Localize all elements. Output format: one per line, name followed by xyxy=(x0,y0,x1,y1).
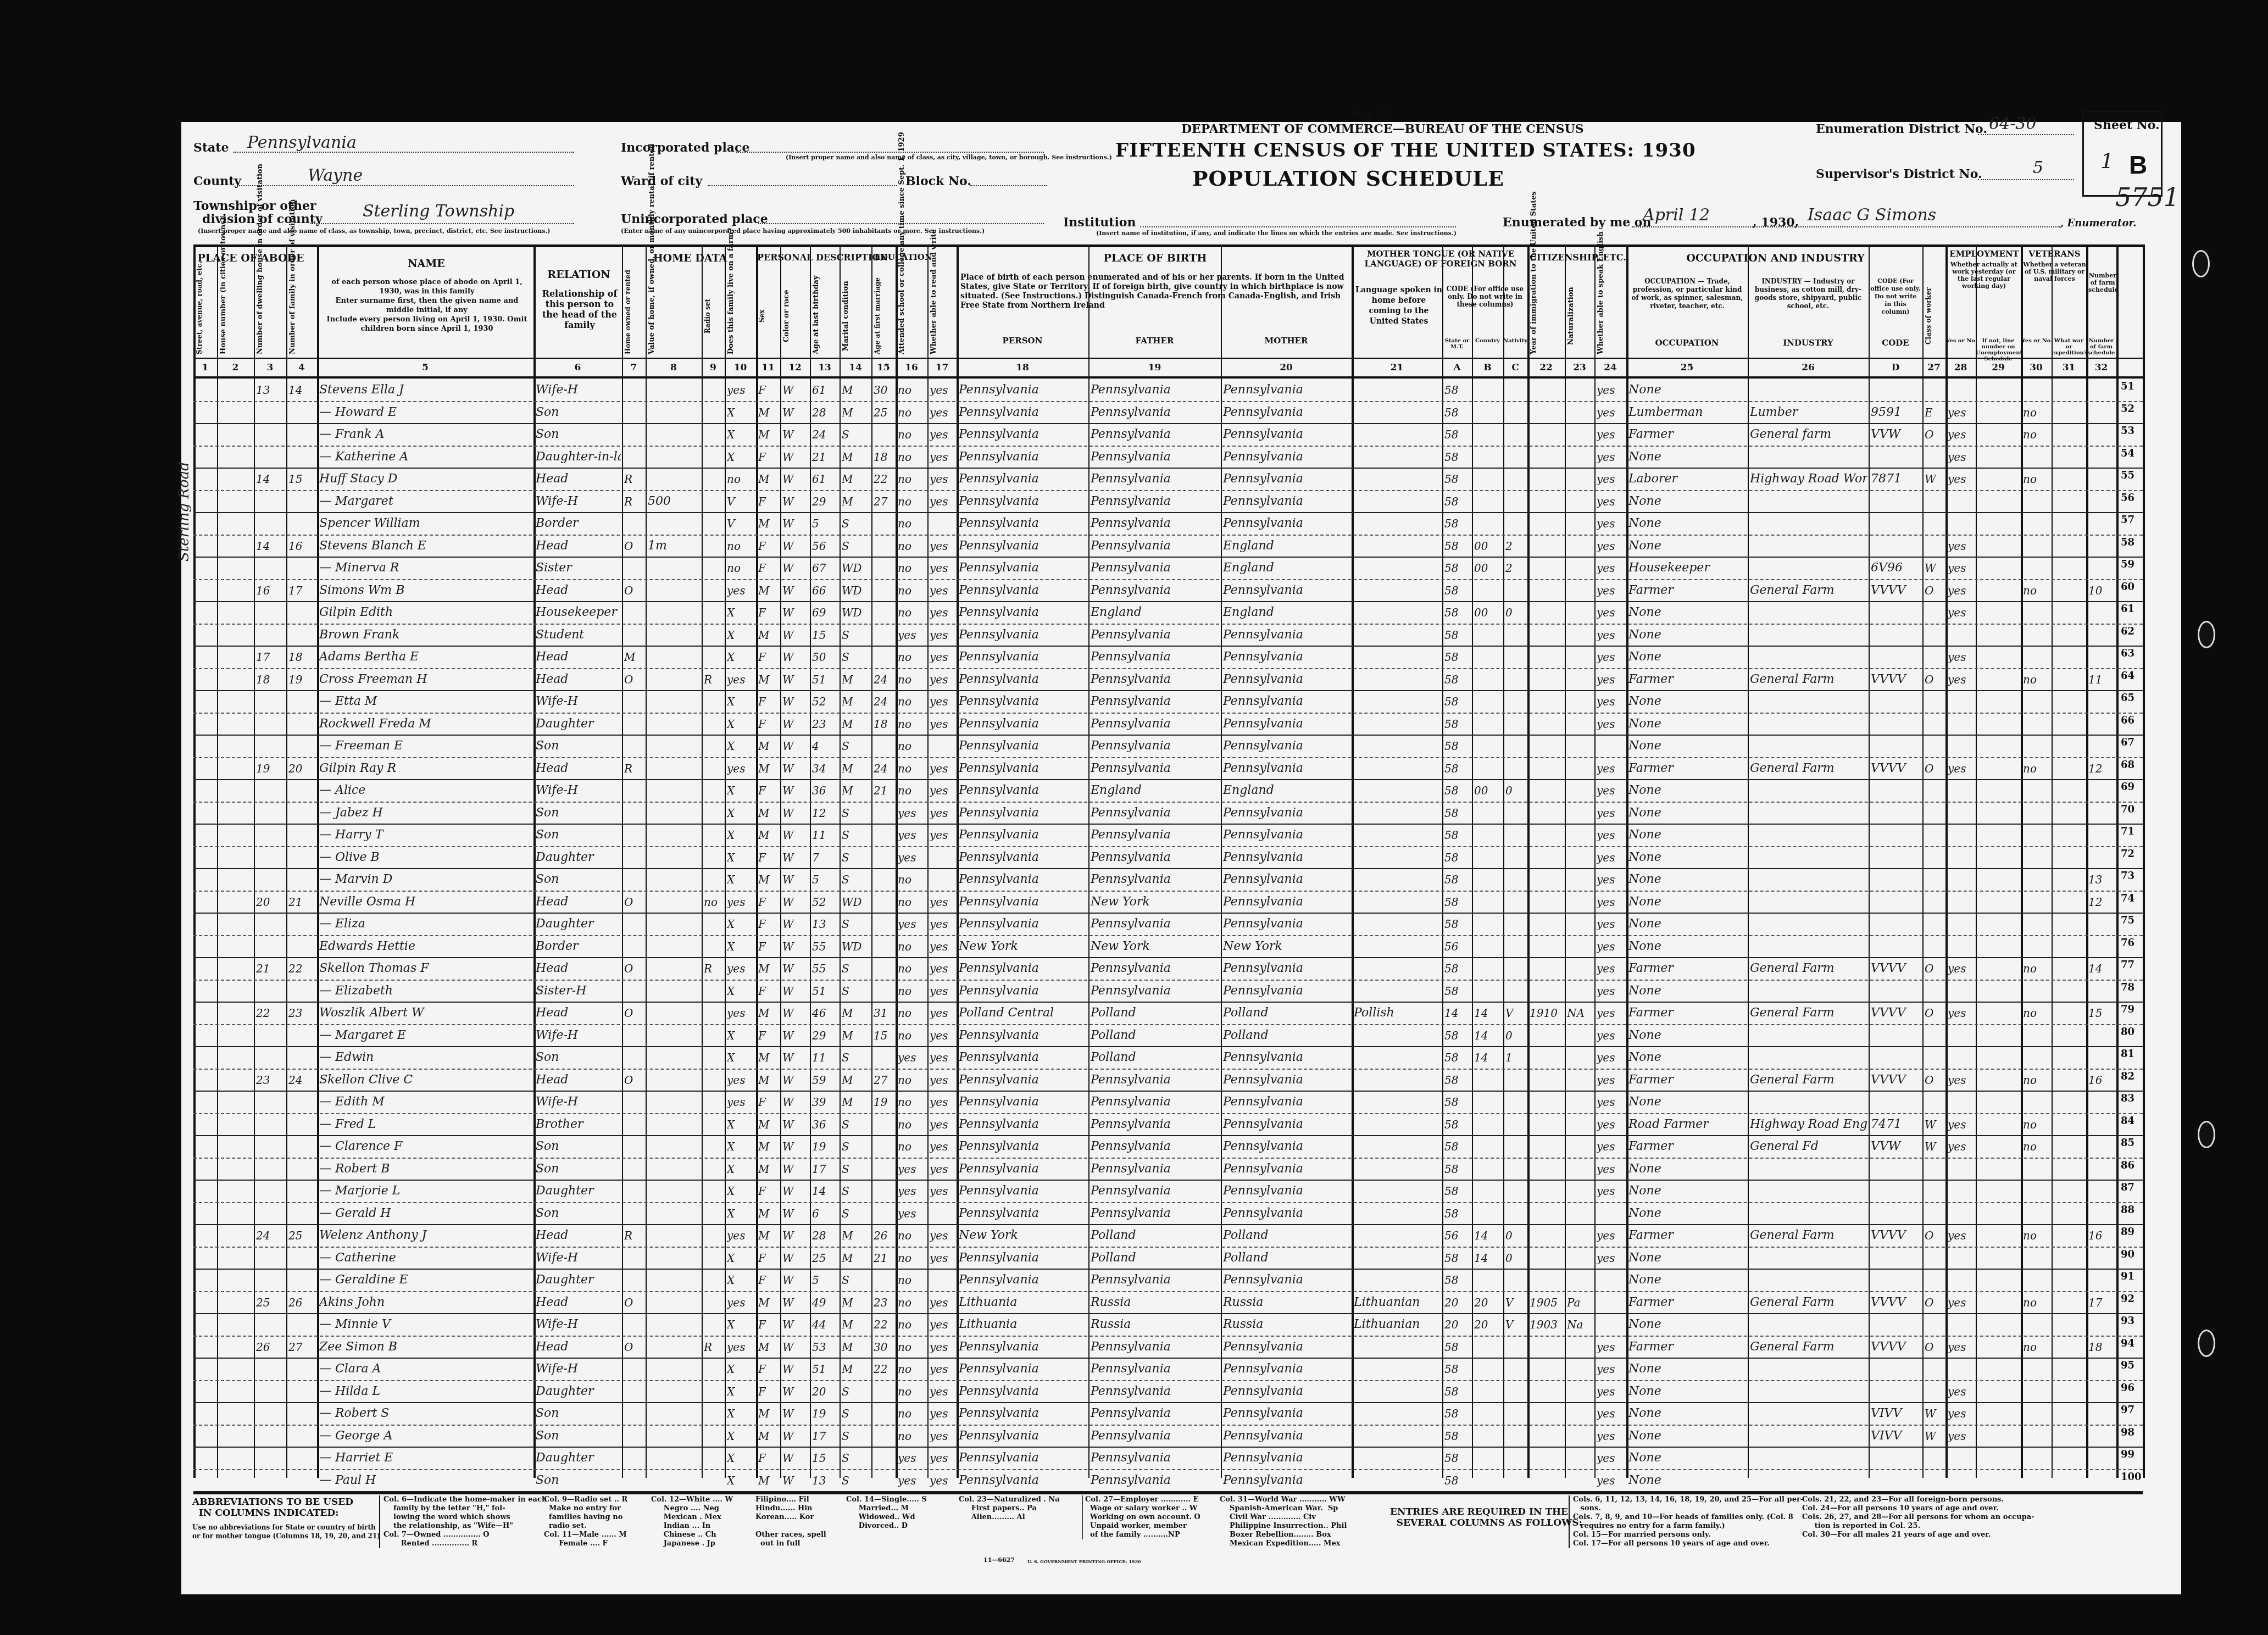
cell-lang[interactable] xyxy=(1354,937,1441,956)
cell-natur[interactable] xyxy=(1567,448,1593,466)
cell-farm-sched[interactable] xyxy=(2088,559,2115,577)
cell-relation[interactable]: Wife-H xyxy=(536,492,621,511)
cell-read[interactable]: yes xyxy=(930,1471,955,1490)
cell-read[interactable]: yes xyxy=(930,537,955,555)
cell-unemp[interactable] xyxy=(1978,1249,2020,1267)
cell-marital[interactable]: S xyxy=(842,915,870,933)
cell-family[interactable] xyxy=(288,737,316,755)
cell-radio[interactable] xyxy=(704,1004,724,1022)
cell-code-d[interactable]: VVVV xyxy=(1871,1071,1921,1089)
cell-war[interactable] xyxy=(2054,1293,2085,1312)
cell-code-b[interactable]: 14 xyxy=(1474,1026,1502,1045)
cell-name[interactable]: — Robert B xyxy=(319,1160,532,1178)
cell-farm[interactable]: X xyxy=(727,1360,755,1378)
cell-school[interactable]: no xyxy=(898,1382,926,1401)
cell-marital[interactable]: M xyxy=(842,448,870,466)
cell-family[interactable]: 21 xyxy=(288,893,316,911)
cell-farm[interactable]: yes xyxy=(727,381,755,399)
cell-age[interactable]: 52 xyxy=(812,893,838,911)
cell-birth-mother[interactable]: Pennsylvania xyxy=(1223,1271,1350,1289)
cell-birth-father[interactable]: Pennsylvania xyxy=(1091,1449,1220,1467)
cell-family[interactable] xyxy=(288,1271,316,1289)
cell-school[interactable]: no xyxy=(898,381,926,399)
cell-birth-mother[interactable]: Pennsylvania xyxy=(1223,403,1350,422)
cell-occupation[interactable]: Farmer xyxy=(1628,425,1747,444)
cell-family[interactable] xyxy=(288,781,316,800)
incorporated-line[interactable] xyxy=(736,152,1044,153)
cell-race[interactable]: W xyxy=(782,1471,809,1490)
cell-age[interactable]: 36 xyxy=(812,781,838,800)
cell-farm[interactable]: X xyxy=(727,425,755,444)
cell-lang[interactable] xyxy=(1354,737,1441,755)
cell-sex[interactable]: F xyxy=(758,1315,779,1334)
cell-age-marr[interactable]: 31 xyxy=(874,1004,894,1022)
cell-family[interactable]: 22 xyxy=(288,959,316,978)
cell-war[interactable] xyxy=(2054,759,2085,778)
cell-sex[interactable]: F xyxy=(758,1271,779,1289)
cell-family[interactable] xyxy=(288,1115,316,1134)
cell-at-work[interactable]: yes xyxy=(1948,581,1975,600)
cell-industry[interactable]: General Farm xyxy=(1750,1338,1867,1356)
cell-lang[interactable] xyxy=(1354,848,1441,867)
cell-lang[interactable] xyxy=(1354,559,1441,577)
cell-natur[interactable] xyxy=(1567,1048,1593,1067)
cell-name[interactable]: — Harry T xyxy=(319,826,532,844)
cell-industry[interactable]: General Farm xyxy=(1750,1004,1867,1022)
cell-code-b[interactable] xyxy=(1474,492,1502,511)
cell-radio[interactable] xyxy=(704,692,724,711)
cell-value[interactable] xyxy=(648,581,701,600)
cell-read[interactable]: yes xyxy=(930,1226,955,1245)
cell-immig[interactable] xyxy=(1530,781,1564,800)
cell-unemp[interactable] xyxy=(1978,470,2020,488)
cell-dwelling[interactable] xyxy=(256,1449,285,1467)
cell-farm-sched[interactable]: 13 xyxy=(2088,870,2115,889)
cell-read[interactable]: yes xyxy=(930,915,955,933)
cell-occupation[interactable]: None xyxy=(1628,1093,1747,1111)
cell-at-work[interactable] xyxy=(1948,492,1975,511)
cell-class[interactable] xyxy=(1925,1048,1944,1067)
cell-code-a[interactable]: 58 xyxy=(1444,1137,1471,1156)
cell-lang[interactable] xyxy=(1354,603,1441,622)
cell-birth-father[interactable]: Pennsylvania xyxy=(1091,848,1220,867)
cell-war[interactable] xyxy=(2054,448,2085,466)
cell-birth-father[interactable]: Pennsylvania xyxy=(1091,1071,1220,1089)
cell-birth-mother[interactable]: Pennsylvania xyxy=(1223,514,1350,533)
cell-dwelling[interactable]: 24 xyxy=(256,1226,285,1245)
cell-code-d[interactable] xyxy=(1871,870,1921,889)
cell-marital[interactable]: WD xyxy=(842,559,870,577)
cell-code-b[interactable] xyxy=(1474,381,1502,399)
cell-race[interactable]: W xyxy=(782,626,809,644)
cell-age[interactable]: 67 xyxy=(812,559,838,577)
cell-english[interactable] xyxy=(1597,1315,1625,1334)
cell-natur[interactable] xyxy=(1567,1382,1593,1401)
cell-marital[interactable]: M xyxy=(842,492,870,511)
cell-code-c[interactable] xyxy=(1505,893,1526,911)
cell-farm-sched[interactable] xyxy=(2088,781,2115,800)
cell-relation[interactable]: Daughter xyxy=(536,1449,621,1467)
cell-school[interactable]: yes xyxy=(898,1449,926,1467)
cell-read[interactable]: yes xyxy=(930,1182,955,1200)
cell-owned[interactable] xyxy=(624,826,644,844)
cell-occupation[interactable]: None xyxy=(1628,1315,1747,1334)
cell-family[interactable] xyxy=(288,559,316,577)
cell-sex[interactable]: M xyxy=(758,959,779,978)
cell-vet[interactable]: no xyxy=(2023,1226,2050,1245)
cell-class[interactable] xyxy=(1925,781,1944,800)
cell-birth-father[interactable]: Pennsylvania xyxy=(1091,1115,1220,1134)
cell-sex[interactable]: M xyxy=(758,470,779,488)
cell-code-c[interactable] xyxy=(1505,804,1526,822)
cell-immig[interactable]: 1905 xyxy=(1530,1293,1564,1312)
cell-occupation[interactable]: None xyxy=(1628,492,1747,511)
cell-unemp[interactable] xyxy=(1978,1071,2020,1089)
cell-code-b[interactable] xyxy=(1474,870,1502,889)
cell-occupation[interactable]: None xyxy=(1628,1427,1747,1445)
cell-birth-mother[interactable]: Pennsylvania xyxy=(1223,959,1350,978)
cell-age[interactable]: 5 xyxy=(812,1271,838,1289)
cell-english[interactable]: yes xyxy=(1597,514,1625,533)
cell-unemp[interactable] xyxy=(1978,1404,2020,1423)
cell-war[interactable] xyxy=(2054,1226,2085,1245)
cell-unemp[interactable] xyxy=(1978,581,2020,600)
cell-school[interactable]: no xyxy=(898,1071,926,1089)
cell-unemp[interactable] xyxy=(1978,826,2020,844)
enumerated-date[interactable]: April 12 xyxy=(1643,205,1710,225)
cell-relation[interactable]: Son xyxy=(536,425,621,444)
cell-unemp[interactable] xyxy=(1978,1204,2020,1223)
cell-code-d[interactable]: 7871 xyxy=(1871,470,1921,488)
cell-read[interactable] xyxy=(930,870,955,889)
cell-farm-sched[interactable] xyxy=(2088,1137,2115,1156)
cell-sex[interactable]: M xyxy=(758,870,779,889)
cell-code-d[interactable]: 7471 xyxy=(1871,1115,1921,1134)
cell-code-a[interactable]: 58 xyxy=(1444,1471,1471,1490)
cell-age-marr[interactable]: 25 xyxy=(874,403,894,422)
cell-dwelling[interactable] xyxy=(256,1249,285,1267)
cell-name[interactable]: Gilpin Edith xyxy=(319,603,532,622)
cell-marital[interactable]: M xyxy=(842,1315,870,1334)
cell-unemp[interactable] xyxy=(1978,492,2020,511)
cell-industry[interactable] xyxy=(1750,848,1867,867)
cell-relation[interactable]: Sister xyxy=(536,559,621,577)
cell-school[interactable]: no xyxy=(898,603,926,622)
cell-school[interactable]: no xyxy=(898,1271,926,1289)
cell-read[interactable] xyxy=(930,737,955,755)
cell-marital[interactable]: S xyxy=(842,1271,870,1289)
cell-owned[interactable]: O xyxy=(624,1338,644,1356)
cell-farm-sched[interactable] xyxy=(2088,537,2115,555)
cell-farm[interactable]: X xyxy=(727,1271,755,1289)
cell-sex[interactable]: F xyxy=(758,648,779,666)
cell-farm[interactable]: X xyxy=(727,648,755,666)
cell-class[interactable] xyxy=(1925,514,1944,533)
cell-immig[interactable] xyxy=(1530,1249,1564,1267)
cell-birth-father[interactable]: Pennsylvania xyxy=(1091,1160,1220,1178)
cell-value[interactable] xyxy=(648,737,701,755)
cell-code-c[interactable] xyxy=(1505,826,1526,844)
cell-birth-father[interactable]: Pennsylvania xyxy=(1091,982,1220,1000)
cell-industry[interactable]: Highway Road Work xyxy=(1750,470,1867,488)
cell-occupation[interactable]: Farmer xyxy=(1628,1071,1747,1089)
cell-class[interactable] xyxy=(1925,1382,1944,1401)
cell-occupation[interactable]: None xyxy=(1628,1026,1747,1045)
cell-school[interactable]: no xyxy=(898,692,926,711)
cell-vet[interactable] xyxy=(2023,692,2050,711)
cell-read[interactable]: yes xyxy=(930,581,955,600)
cell-code-c[interactable] xyxy=(1505,692,1526,711)
cell-lang[interactable] xyxy=(1354,959,1441,978)
cell-natur[interactable] xyxy=(1567,1071,1593,1089)
cell-code-a[interactable]: 58 xyxy=(1444,1404,1471,1423)
cell-at-work[interactable]: yes xyxy=(1948,1382,1975,1401)
cell-english[interactable]: yes xyxy=(1597,1026,1625,1045)
cell-code-b[interactable] xyxy=(1474,1115,1502,1134)
cell-sex[interactable]: F xyxy=(758,893,779,911)
cell-sex[interactable]: F xyxy=(758,537,779,555)
cell-class[interactable]: W xyxy=(1925,1115,1944,1134)
cell-school[interactable]: no xyxy=(898,1226,926,1245)
cell-birth-person[interactable]: Pennsylvania xyxy=(959,1026,1087,1045)
cell-vet[interactable] xyxy=(2023,1182,2050,1200)
cell-farm[interactable]: X xyxy=(727,1404,755,1423)
cell-name[interactable]: Skellon Clive C xyxy=(319,1071,532,1089)
cell-lang[interactable] xyxy=(1354,781,1441,800)
cell-value[interactable] xyxy=(648,715,701,733)
cell-birth-person[interactable]: Pennsylvania xyxy=(959,626,1087,644)
cell-code-d[interactable] xyxy=(1871,781,1921,800)
cell-code-b[interactable] xyxy=(1474,403,1502,422)
cell-sex[interactable]: F xyxy=(758,1026,779,1045)
cell-age[interactable]: 12 xyxy=(812,804,838,822)
cell-farm-sched[interactable]: 12 xyxy=(2088,759,2115,778)
cell-industry[interactable] xyxy=(1750,737,1867,755)
cell-farm-sched[interactable] xyxy=(2088,737,2115,755)
cell-code-c[interactable]: 0 xyxy=(1505,1026,1526,1045)
cell-war[interactable] xyxy=(2054,559,2085,577)
cell-age-marr[interactable]: 19 xyxy=(874,1093,894,1111)
cell-birth-father[interactable]: Russia xyxy=(1091,1315,1220,1334)
cell-age[interactable]: 36 xyxy=(812,1115,838,1134)
cell-natur[interactable] xyxy=(1567,1338,1593,1356)
cell-birth-father[interactable]: Pennsylvania xyxy=(1091,1471,1220,1490)
cell-value[interactable] xyxy=(648,870,701,889)
cell-natur[interactable] xyxy=(1567,1137,1593,1156)
cell-dwelling[interactable]: 25 xyxy=(256,1293,285,1312)
cell-value[interactable] xyxy=(648,1471,701,1490)
cell-value[interactable] xyxy=(648,982,701,1000)
cell-relation[interactable]: Brother xyxy=(536,1115,621,1134)
cell-sex[interactable]: M xyxy=(758,670,779,689)
cell-immig[interactable] xyxy=(1530,1071,1564,1089)
cell-lang[interactable] xyxy=(1354,403,1441,422)
cell-farm[interactable]: X xyxy=(727,1204,755,1223)
cell-dwelling[interactable] xyxy=(256,1271,285,1289)
cell-name[interactable]: — Margaret E xyxy=(319,1026,532,1045)
cell-school[interactable]: no xyxy=(898,559,926,577)
cell-marital[interactable]: M xyxy=(842,1360,870,1378)
cell-code-a[interactable]: 58 xyxy=(1444,403,1471,422)
cell-school[interactable]: no xyxy=(898,1115,926,1134)
cell-name[interactable]: Adams Bertha E xyxy=(319,648,532,666)
cell-birth-mother[interactable]: Pennsylvania xyxy=(1223,893,1350,911)
cell-name[interactable]: — Hilda L xyxy=(319,1382,532,1401)
cell-natur[interactable] xyxy=(1567,1360,1593,1378)
cell-dwelling[interactable] xyxy=(256,1093,285,1111)
cell-code-a[interactable]: 58 xyxy=(1444,670,1471,689)
cell-natur[interactable] xyxy=(1567,915,1593,933)
cell-immig[interactable] xyxy=(1530,581,1564,600)
cell-sex[interactable]: F xyxy=(758,915,779,933)
cell-read[interactable]: yes xyxy=(930,425,955,444)
cell-marital[interactable]: M xyxy=(842,781,870,800)
cell-birth-person[interactable]: Pennsylvania xyxy=(959,1404,1087,1423)
cell-industry[interactable] xyxy=(1750,648,1867,666)
cell-natur[interactable] xyxy=(1567,425,1593,444)
cell-relation[interactable]: Wife-H xyxy=(536,1360,621,1378)
cell-code-c[interactable] xyxy=(1505,1338,1526,1356)
cell-owned[interactable] xyxy=(624,937,644,956)
cell-code-d[interactable] xyxy=(1871,737,1921,755)
cell-immig[interactable] xyxy=(1530,1271,1564,1289)
cell-farm[interactable]: no xyxy=(727,559,755,577)
cell-sex[interactable]: F xyxy=(758,781,779,800)
cell-occupation[interactable]: None xyxy=(1628,1449,1747,1467)
cell-family[interactable] xyxy=(288,1137,316,1156)
cell-farm[interactable]: X xyxy=(727,692,755,711)
cell-birth-person[interactable]: Pennsylvania xyxy=(959,1115,1087,1134)
cell-natur[interactable] xyxy=(1567,403,1593,422)
cell-family[interactable] xyxy=(288,848,316,867)
cell-read[interactable]: yes xyxy=(930,603,955,622)
cell-vet[interactable] xyxy=(2023,1382,2050,1401)
cell-class[interactable]: W xyxy=(1925,559,1944,577)
cell-race[interactable]: W xyxy=(782,759,809,778)
cell-war[interactable] xyxy=(2054,1315,2085,1334)
cell-code-a[interactable]: 58 xyxy=(1444,870,1471,889)
cell-marital[interactable]: WD xyxy=(842,581,870,600)
cell-birth-mother[interactable]: England xyxy=(1223,559,1350,577)
cell-age-marr[interactable] xyxy=(874,1137,894,1156)
cell-race[interactable]: W xyxy=(782,893,809,911)
cell-age[interactable]: 24 xyxy=(812,425,838,444)
cell-natur[interactable] xyxy=(1567,1160,1593,1178)
cell-school[interactable]: no xyxy=(898,492,926,511)
cell-code-a[interactable]: 58 xyxy=(1444,1204,1471,1223)
cell-dwelling[interactable]: 23 xyxy=(256,1071,285,1089)
cell-name[interactable]: — George A xyxy=(319,1427,532,1445)
cell-name[interactable]: Neville Osma H xyxy=(319,893,532,911)
cell-read[interactable]: yes xyxy=(930,670,955,689)
cell-farm[interactable]: X xyxy=(727,1315,755,1334)
cell-birth-person[interactable]: Lithuania xyxy=(959,1315,1087,1334)
cell-industry[interactable] xyxy=(1750,603,1867,622)
cell-war[interactable] xyxy=(2054,537,2085,555)
cell-birth-mother[interactable]: Polland xyxy=(1223,1226,1350,1245)
cell-code-b[interactable] xyxy=(1474,692,1502,711)
cell-value[interactable] xyxy=(648,1338,701,1356)
cell-farm-sched[interactable] xyxy=(2088,1026,2115,1045)
cell-dwelling[interactable]: 16 xyxy=(256,581,285,600)
cell-value[interactable] xyxy=(648,626,701,644)
cell-unemp[interactable] xyxy=(1978,1137,2020,1156)
cell-english[interactable]: yes xyxy=(1597,381,1625,399)
cell-birth-person[interactable]: Pennsylvania xyxy=(959,1137,1087,1156)
cell-marital[interactable]: WD xyxy=(842,937,870,956)
cell-sex[interactable]: M xyxy=(758,759,779,778)
cell-farm[interactable]: X xyxy=(727,804,755,822)
cell-code-a[interactable]: 58 xyxy=(1444,1048,1471,1067)
cell-vet[interactable] xyxy=(2023,1360,2050,1378)
cell-natur[interactable] xyxy=(1567,1226,1593,1245)
cell-race[interactable]: W xyxy=(782,1271,809,1289)
cell-read[interactable]: yes xyxy=(930,626,955,644)
cell-relation[interactable]: Sister-H xyxy=(536,982,621,1000)
cell-owned[interactable]: O xyxy=(624,959,644,978)
cell-farm-sched[interactable]: 16 xyxy=(2088,1071,2115,1089)
cell-family[interactable] xyxy=(288,870,316,889)
cell-family[interactable]: 19 xyxy=(288,670,316,689)
cell-sex[interactable]: F xyxy=(758,982,779,1000)
cell-school[interactable]: no xyxy=(898,1360,926,1378)
cell-value[interactable] xyxy=(648,670,701,689)
cell-value[interactable]: 500 xyxy=(648,492,701,511)
cell-class[interactable] xyxy=(1925,804,1944,822)
cell-code-d[interactable] xyxy=(1871,603,1921,622)
cell-code-b[interactable]: 00 xyxy=(1474,781,1502,800)
cell-age-marr[interactable] xyxy=(874,648,894,666)
cell-unemp[interactable] xyxy=(1978,1026,2020,1045)
cell-marital[interactable]: M xyxy=(842,1004,870,1022)
cell-owned[interactable]: O xyxy=(624,1071,644,1089)
cell-class[interactable]: O xyxy=(1925,1004,1944,1022)
cell-name[interactable]: — Marjorie L xyxy=(319,1182,532,1200)
cell-dwelling[interactable] xyxy=(256,781,285,800)
cell-class[interactable] xyxy=(1925,492,1944,511)
cell-industry[interactable] xyxy=(1750,915,1867,933)
cell-birth-person[interactable]: Pennsylvania xyxy=(959,1360,1087,1378)
cell-code-c[interactable] xyxy=(1505,870,1526,889)
cell-school[interactable]: no xyxy=(898,1315,926,1334)
cell-family[interactable] xyxy=(288,1471,316,1490)
cell-class[interactable] xyxy=(1925,1271,1944,1289)
cell-farm-sched[interactable] xyxy=(2088,381,2115,399)
cell-radio[interactable] xyxy=(704,1271,724,1289)
cell-family[interactable] xyxy=(288,514,316,533)
cell-dwelling[interactable] xyxy=(256,448,285,466)
cell-name[interactable]: — Olive B xyxy=(319,848,532,867)
cell-at-work[interactable] xyxy=(1948,1471,1975,1490)
cell-code-a[interactable]: 58 xyxy=(1444,1382,1471,1401)
cell-relation[interactable]: Wife-H xyxy=(536,1249,621,1267)
cell-birth-mother[interactable]: Pennsylvania xyxy=(1223,804,1350,822)
cell-code-a[interactable]: 58 xyxy=(1444,581,1471,600)
cell-code-c[interactable] xyxy=(1505,848,1526,867)
cell-farm-sched[interactable] xyxy=(2088,826,2115,844)
cell-name[interactable]: Skellon Thomas F xyxy=(319,959,532,978)
cell-birth-father[interactable]: Pennsylvania xyxy=(1091,1182,1220,1200)
cell-vet[interactable] xyxy=(2023,1026,2050,1045)
cell-immig[interactable] xyxy=(1530,937,1564,956)
cell-code-d[interactable] xyxy=(1871,381,1921,399)
cell-birth-mother[interactable]: Pennsylvania xyxy=(1223,982,1350,1000)
cell-immig[interactable] xyxy=(1530,1449,1564,1467)
cell-name[interactable]: — Alice xyxy=(319,781,532,800)
cell-dwelling[interactable] xyxy=(256,1160,285,1178)
cell-natur[interactable] xyxy=(1567,381,1593,399)
cell-code-c[interactable] xyxy=(1505,581,1526,600)
